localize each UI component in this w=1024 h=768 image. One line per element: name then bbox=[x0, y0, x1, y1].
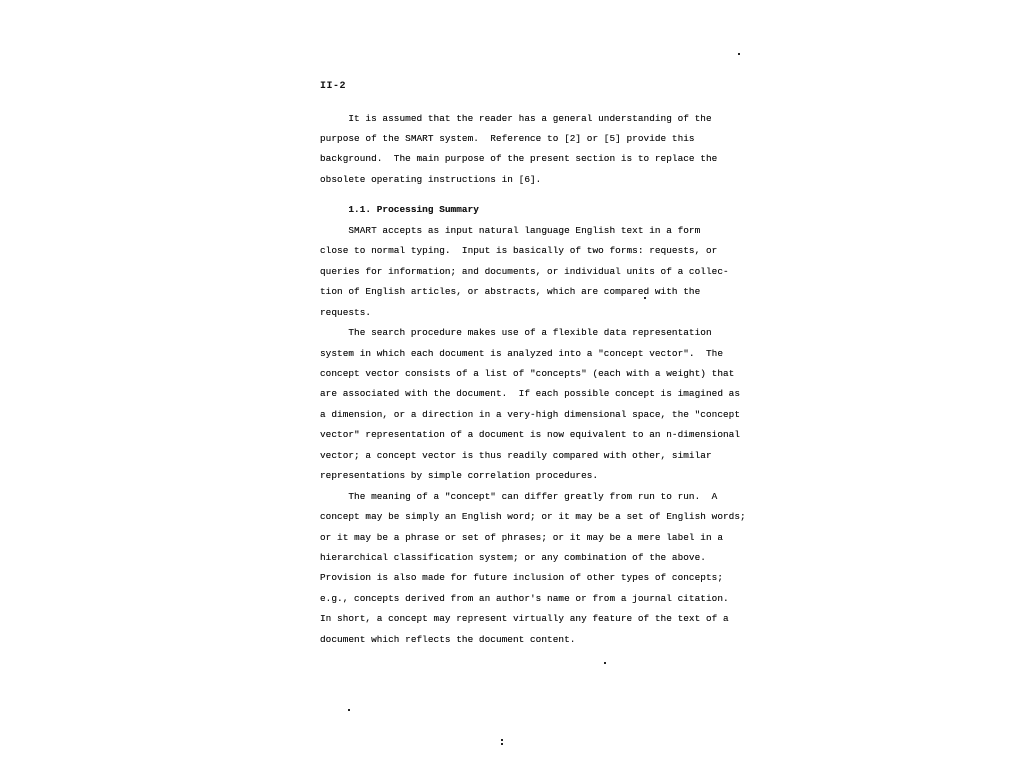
p2-line-2: system in which each document is analyze… bbox=[320, 348, 723, 360]
p3-line-3: or it may be a phrase or set of phrases;… bbox=[320, 532, 723, 544]
intro-line-3: background. The main purpose of the pres… bbox=[320, 153, 717, 165]
p1-line-5: requests. bbox=[320, 307, 371, 319]
p2-line-8: representations by simple correlation pr… bbox=[320, 470, 598, 482]
scan-speck bbox=[501, 743, 503, 745]
p1-line-3: queries for information; and documents, … bbox=[320, 266, 729, 278]
p2-line-3: concept vector consists of a list of "co… bbox=[320, 368, 734, 380]
p3-line-1: The meaning of a "concept" can differ gr… bbox=[320, 491, 717, 503]
intro-line-2: purpose of the SMART system. Reference t… bbox=[320, 133, 695, 145]
p3-line-6: e.g., concepts derived from an author's … bbox=[320, 593, 729, 605]
page-number: II-2 bbox=[320, 81, 346, 92]
p2-line-5: a dimension, or a direction in a very-hi… bbox=[320, 409, 740, 421]
scan-speck bbox=[644, 297, 646, 299]
p2-line-1: The search procedure makes use of a flex… bbox=[320, 327, 712, 339]
scan-speck bbox=[501, 739, 503, 741]
intro-line-4: obsolete operating instructions in [6]. bbox=[320, 174, 541, 186]
scanned-document-page: II-2 It is assumed that the reader has a… bbox=[0, 0, 1024, 768]
scan-speck bbox=[604, 662, 606, 664]
p3-line-8: document which reflects the document con… bbox=[320, 634, 575, 646]
p3-line-4: hierarchical classification system; or a… bbox=[320, 552, 706, 564]
section-heading: 1.1. Processing Summary bbox=[320, 204, 479, 216]
scan-speck bbox=[738, 53, 740, 55]
p3-line-7: In short, a concept may represent virtua… bbox=[320, 613, 729, 625]
p2-line-7: vector; a concept vector is thus readily… bbox=[320, 450, 712, 462]
p2-line-6: vector" representation of a document is … bbox=[320, 429, 740, 441]
p3-line-2: concept may be simply an English word; o… bbox=[320, 511, 746, 523]
scan-speck bbox=[348, 709, 350, 711]
p1-line-1: SMART accepts as input natural language … bbox=[320, 225, 700, 237]
intro-line-1: It is assumed that the reader has a gene… bbox=[320, 113, 712, 125]
p1-line-2: close to normal typing. Input is basical… bbox=[320, 245, 717, 257]
p3-line-5: Provision is also made for future inclus… bbox=[320, 572, 723, 584]
p2-line-4: are associated with the document. If eac… bbox=[320, 388, 740, 400]
